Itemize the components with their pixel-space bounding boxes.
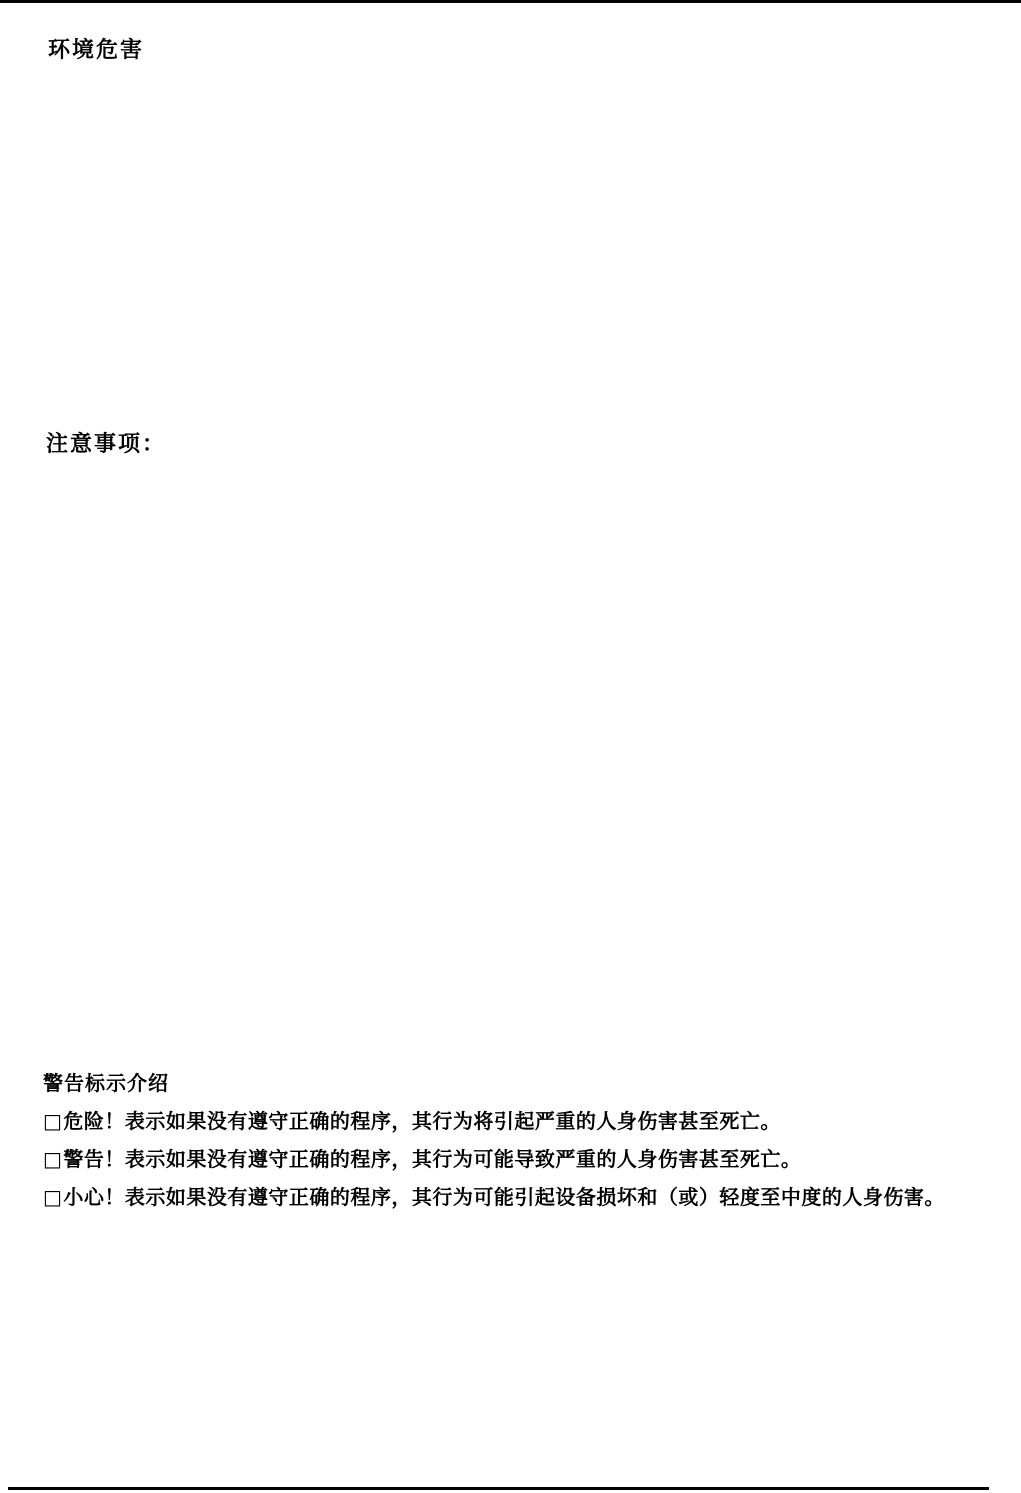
empty-square-icon: □	[43, 1147, 62, 1171]
warning-item-caution: □小心！表示如果没有遵守正确的程序，其行为可能引起设备损坏和（或）轻度至中度的人…	[43, 1184, 993, 1211]
top-border-rule	[0, 0, 1021, 3]
warning-item-danger-text: 危险！表示如果没有遵守正确的程序，其行为将引起严重的人身伤害甚至死亡。	[63, 1111, 781, 1133]
footer-rule	[8, 1487, 989, 1490]
warning-labels-heading: 警告标示介绍	[43, 1071, 993, 1097]
warning-item-caution-text: 小心！表示如果没有遵守正确的程序，其行为可能引起设备损坏和（或）轻度至中度的人身…	[63, 1187, 945, 1209]
empty-square-icon: □	[43, 1109, 62, 1133]
document-page: 环境危害 注意事项： 警告标示介绍 □危险！表示如果没有遵守正确的程序，其行为将…	[0, 0, 1021, 1493]
precautions-heading: 注意事项：	[46, 427, 166, 458]
warning-item-danger: □危险！表示如果没有遵守正确的程序，其行为将引起严重的人身伤害甚至死亡。	[43, 1108, 993, 1135]
empty-square-icon: □	[43, 1185, 62, 1209]
warning-labels-section: 警告标示介绍 □危险！表示如果没有遵守正确的程序，其行为将引起严重的人身伤害甚至…	[43, 1071, 993, 1211]
environment-hazard-heading: 环境危害	[48, 33, 144, 64]
warning-item-warning-text: 警告！表示如果没有遵守正确的程序，其行为可能导致严重的人身伤害甚至死亡。	[63, 1149, 801, 1171]
warning-item-warning: □警告！表示如果没有遵守正确的程序，其行为可能导致严重的人身伤害甚至死亡。	[43, 1146, 993, 1173]
